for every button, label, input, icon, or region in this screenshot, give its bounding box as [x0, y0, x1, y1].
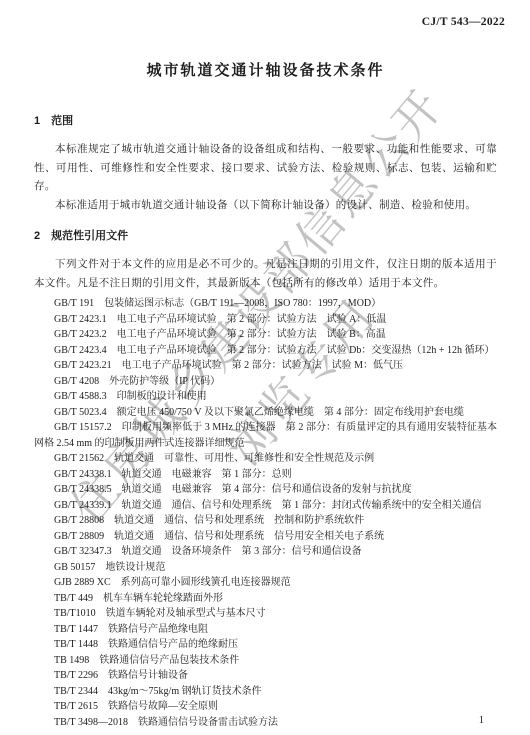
reference-item: GB/T 28809 轨道交通 通信、信号和处理系统 信号用安全相关电子系统 [34, 529, 497, 545]
page-number: 1 [479, 715, 484, 726]
reference-item: GB/T 4588.3 印制板的设计和使用 [34, 389, 497, 405]
document-title: 城市轨道交通计轴设备技术条件 [34, 0, 497, 81]
reference-item: GB/T 21562 轨道交通 可靠性、可用性、可维修性和安全性规范及示例 [34, 451, 497, 467]
reference-item: GB/T 2423.1 电工电子产品环境试验 第 2 部分：试验方法 试验 A：… [34, 312, 497, 328]
reference-item: GB/T 28808 轨道交通 通信、信号和处理系统 控制和防护系统软件 [34, 513, 497, 529]
reference-item: GB/T 32347.3 轨道交通 设备环境条件 第 3 部分：信号和通信设备 [34, 544, 497, 560]
reference-item: GB/T 24338.5 轨道交通 电磁兼容 第 4 部分：信号和通信设备的发射… [34, 482, 497, 498]
reference-item: GB/T 2423.21 电工电子产品环境试验 第 2 部分：试验方法 试验 M… [34, 358, 497, 374]
reference-item: TB/T 1448 铁路通信信号产品的绝缘耐压 [34, 637, 497, 653]
reference-item: GB/T 2423.2 电工电子产品环境试验 第 2 部分：试验方法 试验 B：… [34, 327, 497, 343]
page-content: 城市轨道交通计轴设备技术条件 1范围 本标准规定了城市轨道交通计轴设备的设备组成… [0, 0, 530, 730]
reference-item: GJB 2889 XC 系列高可靠小圆形线簧孔电连接器规范 [34, 575, 497, 591]
reference-item: GB 50157 地铁设计规范 [34, 560, 497, 576]
document-page: 住房城乡建设部信息公开 浏览专用 CJ/T 543—2022 城市轨道交通计轴设… [0, 0, 530, 735]
reference-item: TB/T 2296 铁路信号计轴设备 [34, 668, 497, 684]
reference-item: TB/T 449 机车车辆车轮轮缘踏面外形 [34, 591, 497, 607]
section-2-heading: 2规范性引用文件 [34, 230, 497, 243]
reference-item: GB/T 24339.1 轨道交通 通信、信号和处理系统 第 1 部分：封闭式传… [34, 498, 497, 514]
scope-paragraph-1: 本标准规定了城市轨道交通计轴设备的设备组成和结构、一般要求、功能和性能要求、可靠… [34, 141, 497, 197]
reference-item: TB/T 3498—2018 铁路通信信号设备雷击试验方法 [34, 715, 497, 731]
reference-item: TB/T 1447 铁路信号产品绝缘电阻 [34, 622, 497, 638]
reference-item: TB/T1010 铁道车辆轮对及轴承型式与基本尺寸 [34, 606, 497, 622]
section-1-heading: 1范围 [34, 115, 497, 128]
scope-paragraph-2: 本标准适用于城市轨道交通计轴设备（以下简称计轴设备）的设计、制造、检验和使用。 [34, 197, 497, 216]
reference-item: GB/T 191 包装储运图示标志（GB/T 191—2008，ISO 780：… [34, 296, 497, 312]
reference-item: GB/T 24338.1 轨道交通 电磁兼容 第 1 部分：总则 [34, 467, 497, 483]
section-1-number: 1 [34, 115, 40, 127]
reference-item: TB/T 2615 铁路信号故障—安全原则 [34, 699, 497, 715]
section-2-number: 2 [34, 230, 40, 242]
reference-item: TB 1498 铁路通信信号产品包装技术条件 [34, 653, 497, 669]
reference-item: GB/T 5023.4 额定电压 450/750 V 及以下聚氯乙烯绝缘电缆 第… [34, 405, 497, 421]
reference-item: TB/T 2344 43kg/m～75kg/m 钢轨订货技术条件 [34, 684, 497, 700]
references-intro-paragraph: 下列文件对于本文件的应用是必不可少的。凡是注日期的引用文件，仅注日期的版本适用于… [34, 256, 497, 293]
section-1-title: 范围 [51, 115, 73, 127]
reference-item: GB/T 15157.2 印制板用频率低于 3 MHz 的连接器 第 2 部分：… [34, 420, 497, 451]
reference-item: GB/T 2423.4 电工电子产品环境试验 第 2 部分：试验方法 试验 Db… [34, 343, 497, 359]
section-2-title: 规范性引用文件 [51, 230, 128, 242]
references-list: GB/T 191 包装储运图示标志（GB/T 191—2008，ISO 780：… [34, 296, 497, 730]
reference-item: GB/T 4208 外壳防护等级（IP 代码） [34, 374, 497, 390]
